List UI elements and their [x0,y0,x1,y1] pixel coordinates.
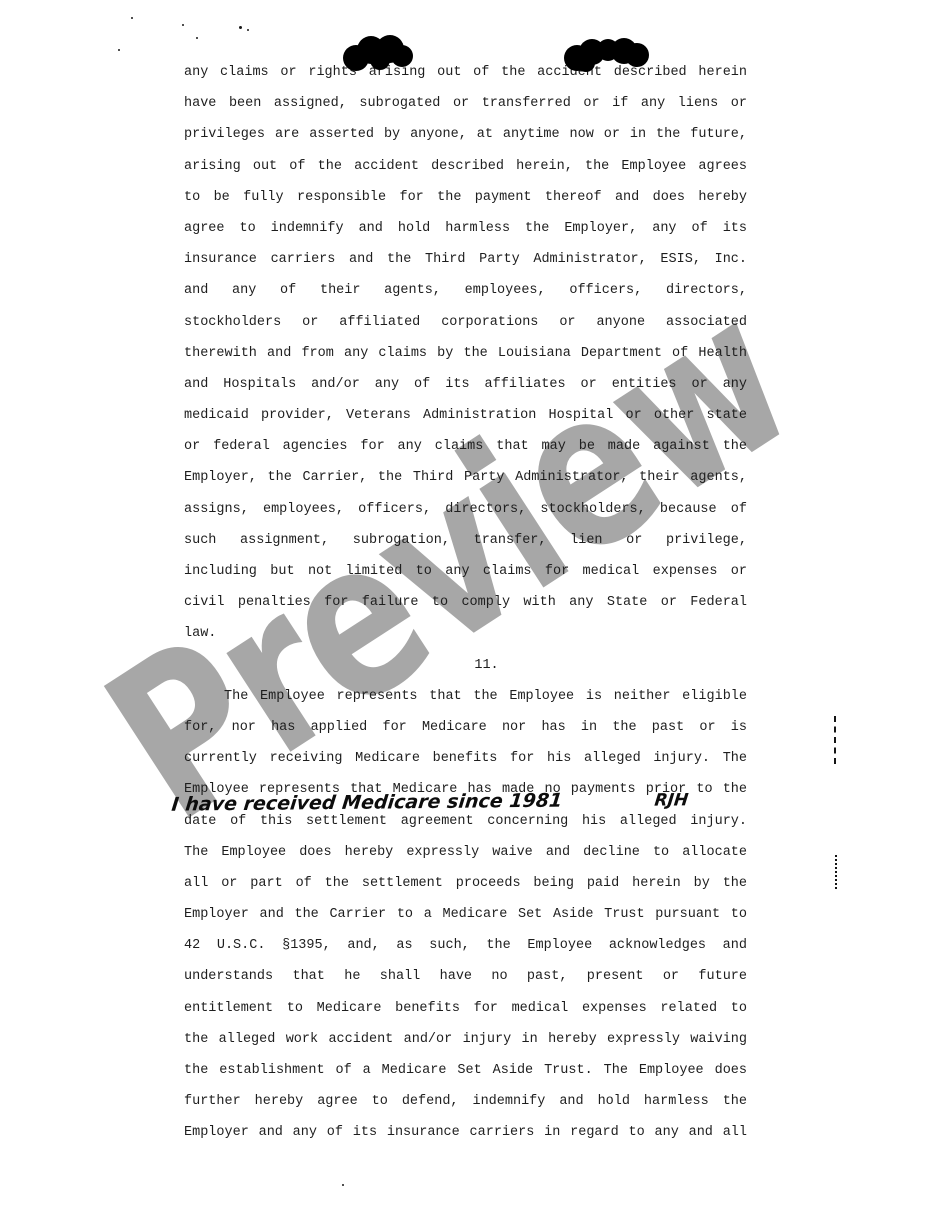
text-line: for, nor has applied for Medicare nor ha… [184,712,747,743]
text-line: assigns, employees, officers, directors,… [184,494,747,525]
text-line: The Employee does hereby expressly waive… [184,837,747,868]
text-line: agree to indemnify and hold harmless the… [184,213,747,244]
handwritten-initials: RJH [653,790,689,810]
text-line: medicaid provider, Veterans Administrati… [184,400,747,431]
redaction-blob-1 [343,35,413,71]
text-line: currently receiving Medicare benefits fo… [184,743,747,774]
text-line: entitlement to Medicare benefits for med… [184,993,747,1024]
text-line: all or part of the settlement proceeds b… [184,868,747,899]
text-line: or federal agencies for any claims that … [184,431,747,462]
text-line: privileges are asserted by anyone, at an… [184,119,747,150]
text-line: including but not limited to any claims … [184,556,747,587]
text-line: law. [184,618,747,649]
text-line: The Employee represents that the Employe… [184,681,747,712]
text-line: civil penalties for failure to comply wi… [184,587,747,618]
redaction-marks [0,0,935,100]
text-line: Employer, the Carrier, the Third Party A… [184,462,747,493]
scan-speck [342,1184,344,1186]
text-line: arising out of the accident described he… [184,151,747,182]
redaction-blob-2 [564,38,649,72]
handwritten-note-text: I have received Medicare since 1981 [170,790,563,816]
text-line: 11. [184,650,747,681]
stray-dotted-mark [835,855,837,889]
text-line: Employer and any of its insurance carrie… [184,1117,747,1148]
document-body-text: any claims or rights arising out of the … [184,57,747,1149]
text-line: therewith and from any claims by the Lou… [184,338,747,369]
text-line: the alleged work accident and/or injury … [184,1024,747,1055]
text-line: such assignment, subrogation, transfer, … [184,525,747,556]
text-line: insurance carriers and the Third Party A… [184,244,747,275]
text-line: to be fully responsible for the payment … [184,182,747,213]
text-line: understands that he shall have no past, … [184,961,747,992]
scanned-document-page: Preview any claims or rights arising out… [0,0,935,1210]
text-line: 42 U.S.C. §1395, and, as such, the Emplo… [184,930,747,961]
text-line: the establishment of a Medicare Set Asid… [184,1055,747,1086]
stray-dash-mark [834,716,836,764]
text-line: further hereby agree to defend, indemnif… [184,1086,747,1117]
text-line: and Hospitals and/or any of its affiliat… [184,369,747,400]
text-line: Employer and the Carrier to a Medicare S… [184,899,747,930]
text-line: stockholders or affiliated corporations … [184,307,747,338]
text-line: and any of their agents, employees, offi… [184,275,747,306]
